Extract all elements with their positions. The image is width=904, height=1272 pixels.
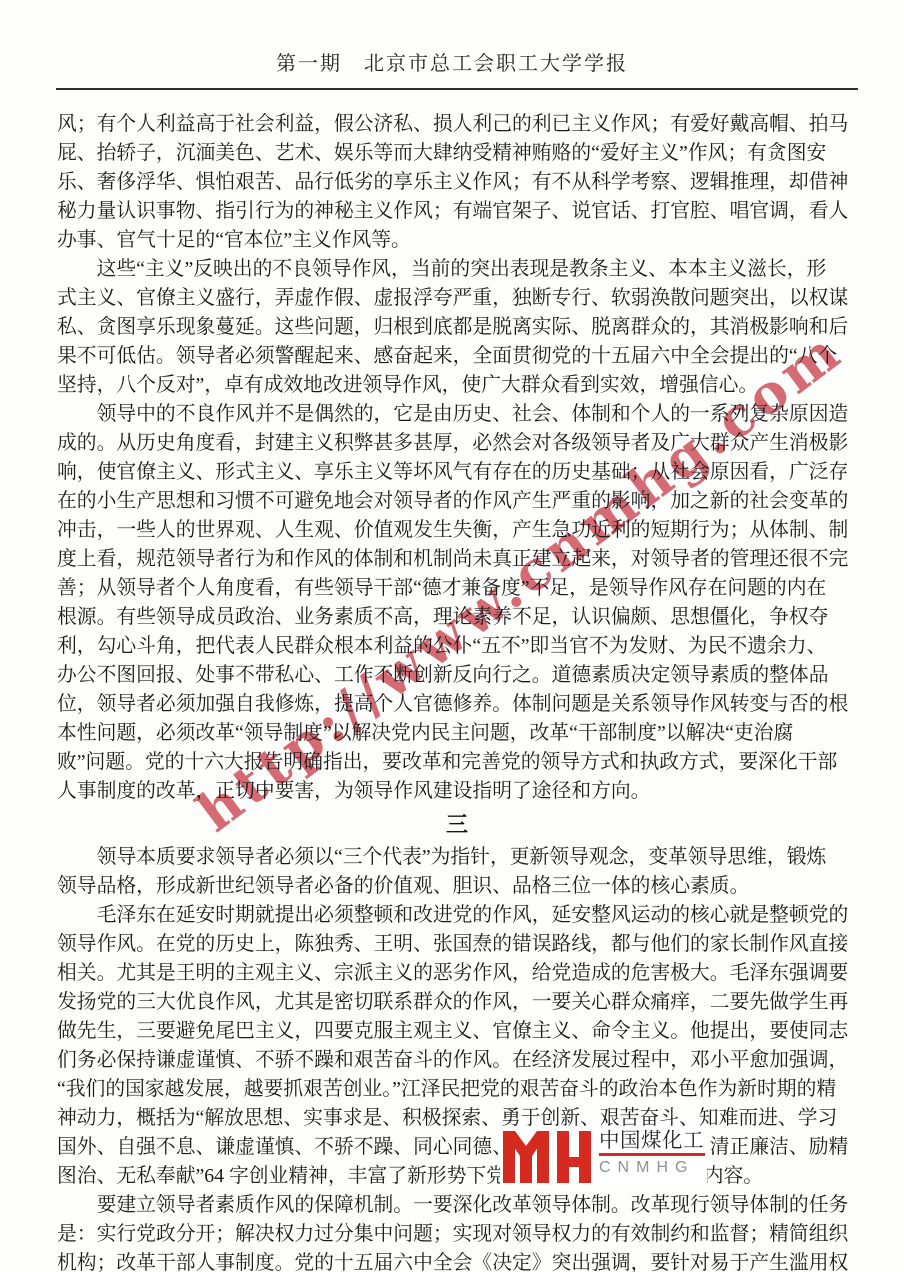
text-line: 国外、自强不息、谦虚谨慎、不骄不躁、同心同德、顾全大局、勤俭节约、清正廉洁、励精 (57, 1133, 857, 1162)
logo-underline (599, 1153, 705, 1156)
text-line: 响，使官僚主义、形式主义、享乐主义等坏风气有存在的历史基础；从社会原因看，广泛存 (57, 458, 857, 487)
text-line: 风；有个人利益高于社会利益，假公济私、损人利己的利已主义作风；有爱好戴高帽、拍马 (57, 110, 857, 139)
text-line: 败”问题。党的十六大报告明确指出，要改革和完善党的领导方式和执政方式，要深化干部 (57, 748, 857, 777)
text-line: 在的小生产思想和习惯不可避免地会对领导者的作风产生严重的影响，加之新的社会变革的 (57, 487, 857, 516)
text-line: 办公不图回报、处事不带私心、工作不断创新反向行之。道德素质决定领导素质的整体品 (57, 661, 857, 690)
text-line: 本性问题，必须改革“领导制度”以解决党内民主问题，改革“干部制度”以解决“吏治腐 (57, 719, 857, 748)
text-line: 冲击，一些人的世界观、人生观、价值观发生失衡，产生急功近利的短期行为；从体制、制 (57, 516, 857, 545)
text-line: 机构；改革干部人事制度。党的十五届六中全会《决定》突出强调，要针对易于产生滥用权 (57, 1249, 857, 1272)
logo-text-block: 中国煤化工 CNMHG (599, 1129, 705, 1177)
text-line: 果不可低估。领导者必须警醒起来、感奋起来，全面贯彻党的十五届六中全会提出的“八个 (57, 342, 857, 371)
header-title: 第一期 北京市总工会职工大学学报 (276, 53, 628, 75)
text-line: 相关。尤其是王明的主观主义、宗派主义的恶劣作风，给党造成的危害极大。毛泽东强调要 (57, 959, 857, 988)
text-line: 利，勾心斗角，把代表人民群众根本利益的公仆“五不”即当官不为发财、为民不遗余力、 (57, 632, 857, 661)
text-line: 领导本质要求领导者必须以“三个代表”为指针，更新领导观念，变革领导思维，锻炼 (57, 843, 857, 872)
text-line: 成的。从历史角度看，封建主义积弊甚多甚厚，必然会对各级领导者及广大群众产生消极影 (57, 429, 857, 458)
text-line: 是：实行党政分开；解决权力过分集中问题；实现对领导权力的有效制约和监督；精简组织 (57, 1220, 857, 1249)
text-line: “我们的国家越发展，越要抓艰苦创业。”江泽民把党的艰苦奋斗的政治本色作为新时期的… (57, 1075, 857, 1104)
section-heading: 三 (57, 806, 857, 843)
text-line: 要建立领导者素质作风的保障机制。一要深化改革领导体制。改革现行领导体制的任务 (57, 1191, 857, 1220)
logo-latin-text: CNMHG (599, 1158, 705, 1177)
article-body: 风；有个人利益高于社会利益，假公济私、损人利己的利已主义作风；有爱好戴高帽、拍马… (57, 110, 857, 1272)
text-line: 秘力量认识事物、指引行为的神秘主义作风；有端官架子、说官话、打官腔、唱官调，看人 (57, 197, 857, 226)
text-line: 屁、抬轿子，沉湎美色、艺术、娱乐等而大肆纳受精神贿赂的“爱好主义”作风；有贪图安 (57, 139, 857, 168)
text-line: 度上看，规范领导者行为和作风的体制和机制尚未真正建立起来，对领导者的管理还很不完 (57, 545, 857, 574)
text-line: 办事、官气十足的“官本位”主义作风等。 (57, 226, 857, 255)
cnmhg-logo: 中国煤化工 CNMHG (500, 1126, 707, 1186)
text-line: 人事制度的改革，正切中要害，为领导作风建设指明了途径和方向。 (57, 777, 857, 806)
text-line: 们务必保持谦虚谨慎、不骄不躁和艰苦奋斗的作风。在经济发展过程中，邓小平愈加强调， (57, 1046, 857, 1075)
coal-chem-logo-icon (503, 1131, 591, 1183)
text-line: 乐、奢侈浮华、惧怕艰苦、品行低劣的享乐主义作风；有不从科学考察、逻辑推理，却借神 (57, 168, 857, 197)
text-line: 善；从领导者个人角度看，有些领导干部“德才兼备度”不足，是领导作风存在问题的内在 (57, 574, 857, 603)
text-line: 图治、无私奉献”64 字创业精神，丰富了新形势下党 和内容。 (57, 1162, 857, 1191)
text-line: 私、贪图享乐现象蔓延。这些问题，归根到底都是脱离实际、脱离群众的，其消极影响和后 (57, 313, 857, 342)
text-line: 领导中的不良作风并不是偶然的，它是由历史、社会、体制和个人的一系列复杂原因造 (57, 400, 857, 429)
text-line: 领导作风。在党的历史上，陈独秀、王明、张国焘的错误路线，都与他们的家长制作风直接 (57, 930, 857, 959)
logo-cn-text: 中国煤化工 (599, 1129, 705, 1152)
text-line: 坚持，八个反对”，卓有成效地改进领导作风，使广大群众看到实效，增强信心。 (57, 371, 857, 400)
text-line: 式主义、官僚主义盛行，弄虚作假、虚报浮夸严重，独断专行、软弱涣散问题突出，以权谋 (57, 284, 857, 313)
text-line: 神动力，概括为“解放思想、实事求是、积极探索、勇于创新、艰苦奋斗、知难而进、学习 (57, 1104, 857, 1133)
text-line: 做先生，三要避免尾巴主义，四要克服主观主义、官僚主义、命令主义。他提出，要使同志 (57, 1017, 857, 1046)
text-line: 位，领导者必须加强自我修炼，提高个人官德修养。体制问题是关系领导作风转变与否的根 (57, 690, 857, 719)
page-header: 第一期 北京市总工会职工大学学报 (0, 47, 904, 76)
text-line: 领导品格，形成新世纪领导者必备的价值观、胆识、品格三位一体的核心素质。 (57, 872, 857, 901)
header-rule (56, 88, 858, 90)
text-line: 发扬党的三大优良作风，尤其是密切联系群众的作风，一要关心群众痛痒，二要先做学生再 (57, 988, 857, 1017)
journal-page: 第一期 北京市总工会职工大学学报 http://www.cnmhg.com 风；… (0, 0, 904, 1272)
text-line: 根源。有些领导成员政治、业务素质不高，理论素养不足，认识偏颇、思想僵化，争权夺 (57, 603, 857, 632)
text-line: 这些“主义”反映出的不良领导作风，当前的突出表现是教条主义、本本主义滋长，形 (57, 255, 857, 284)
text-line: 毛泽东在延安时期就提出必须整顿和改进党的作风，延安整风运动的核心就是整顿党的 (57, 901, 857, 930)
